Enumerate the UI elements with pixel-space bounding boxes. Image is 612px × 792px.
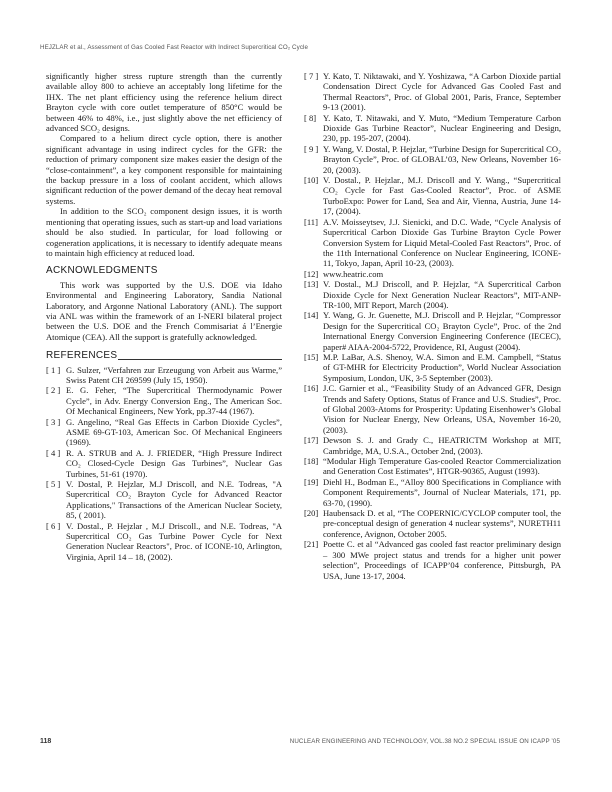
reference-number: [ 9 ] <box>304 144 323 175</box>
reference-text: V. Dostal., P. Hejzlar., M.J. Driscoll a… <box>323 175 561 217</box>
reference-number: [16] <box>304 383 323 435</box>
running-head: HEJZLAR et al., Assessment of Gas Cooled… <box>40 44 308 51</box>
reference-text: Dewson S. J. and Grady C., HEATRICTM Wor… <box>323 435 561 456</box>
references-heading-row: REFERENCES <box>46 351 282 361</box>
reference-link[interactable]: www.heatric.com <box>323 269 561 279</box>
reference-text: R. A. STRUB and A. J. FRIEDER, “High Pre… <box>66 448 282 479</box>
body-paragraph: Compared to a helium direct cycle option… <box>46 133 282 206</box>
left-column: significantly higher stress rupture stre… <box>46 71 282 562</box>
acknowledgments-text: This work was supported by the U.S. DOE … <box>46 280 282 342</box>
reference-item: [21]Poette C. et al “Advanced gas cooled… <box>304 539 561 581</box>
reference-text: G. Angelino, “Real Gas Effects in Carbon… <box>66 417 282 448</box>
reference-number: [ 1 ] <box>46 365 66 386</box>
heading-rule <box>118 359 282 360</box>
reference-item: [16]J.C. Garnier et al., “Feasibility St… <box>304 383 561 435</box>
reference-text: M.P. LaBar, A.S. Shenoy, W.A. Simon and … <box>323 352 561 383</box>
reference-item: [ 4 ]R. A. STRUB and A. J. FRIEDER, “Hig… <box>46 448 282 479</box>
reference-number: [11] <box>304 217 323 269</box>
reference-item: [ 7 ]Y. Kato, T. Niktawaki, and Y. Yoshi… <box>304 71 561 113</box>
body-paragraph: significantly higher stress rupture stre… <box>46 71 282 133</box>
reference-text: J.C. Garnier et al., “Feasibility Study … <box>323 383 561 435</box>
reference-number: [21] <box>304 539 323 581</box>
reference-number: [14] <box>304 310 323 352</box>
right-column: [ 7 ]Y. Kato, T. Niktawaki, and Y. Yoshi… <box>304 71 561 581</box>
reference-text: V. Dostal., P. Hejzlar , M.J Driscoll., … <box>66 521 282 563</box>
reference-item: [ 5 ]V. Dostal, P. Hejzlar, M.J Driscoll… <box>46 479 282 521</box>
reference-item: [10]V. Dostal., P. Hejzlar., M.J. Drisco… <box>304 175 561 217</box>
reference-text: G. Sulzer, “Verfahren zur Erzeugung von … <box>66 365 282 386</box>
reference-number: [18] <box>304 456 323 477</box>
reference-item: [ 3 ]G. Angelino, “Real Gas Effects in C… <box>46 417 282 448</box>
reference-item: [15]M.P. LaBar, A.S. Shenoy, W.A. Simon … <box>304 352 561 383</box>
reference-text: “Modular High Temperature Gas-cooled Rea… <box>323 456 561 477</box>
reference-number: [ 6 ] <box>46 521 66 563</box>
reference-text: V. Dostal., M.J Driscoll, and P. Hejzlar… <box>323 279 561 310</box>
reference-item: [ 2 ]E. G. Feher, “The Supercritical The… <box>46 385 282 416</box>
reference-number: [ 4 ] <box>46 448 66 479</box>
reference-text: Y. Wang, V. Dostal, P. Hejzlar, “Turbine… <box>323 144 561 175</box>
reference-item: [11]A.V. Moisseytsev, J.J. Sienicki, and… <box>304 217 561 269</box>
reference-item: [17]Dewson S. J. and Grady C., HEATRICTM… <box>304 435 561 456</box>
page-number: 118 <box>40 738 51 745</box>
reference-number: [ 3 ] <box>46 417 66 448</box>
reference-item: [ 8]Y. Kato, T. Nitawaki, and Y. Muto, “… <box>304 113 561 144</box>
journal-footer: NUCLEAR ENGINEERING AND TECHNOLOGY, VOL.… <box>290 738 560 745</box>
reference-item: [ 1 ]G. Sulzer, “Verfahren zur Erzeugung… <box>46 365 282 386</box>
reference-item: [18]“Modular High Temperature Gas-cooled… <box>304 456 561 477</box>
reference-item: [20]Haubensack D. et al, “The COPERNIC/C… <box>304 508 561 539</box>
acknowledgments-heading: ACKNOWLEDGMENTS <box>46 266 282 276</box>
reference-text: Diehl H., Bodman E., “Alloy 800 Specific… <box>323 477 561 508</box>
reference-text: Poette C. et al “Advanced gas cooled fas… <box>323 539 561 581</box>
reference-number: [10] <box>304 175 323 217</box>
reference-item: [19]Diehl H., Bodman E., “Alloy 800 Spec… <box>304 477 561 508</box>
reference-item: [13]V. Dostal., M.J Driscoll, and P. Hej… <box>304 279 561 310</box>
reference-number: [20] <box>304 508 323 539</box>
reference-number: [ 8] <box>304 113 323 144</box>
references-heading: REFERENCES <box>46 351 117 361</box>
reference-item: [12]www.heatric.com <box>304 269 561 279</box>
reference-text: V. Dostal, P. Hejzlar, M.J Driscoll, and… <box>66 479 282 521</box>
reference-item: [ 6 ]V. Dostal., P. Hejzlar , M.J Drisco… <box>46 521 282 563</box>
reference-text: Y. Wang, G. Jr. Guenette, M.J. Driscoll … <box>323 310 561 352</box>
reference-text: Haubensack D. et al, “The COPERNIC/CYCLO… <box>323 508 561 539</box>
reference-number: [15] <box>304 352 323 383</box>
reference-number: [12] <box>304 269 323 279</box>
body-paragraph: In addition to the SCO₂ component design… <box>46 206 282 258</box>
reference-number: [ 7 ] <box>304 71 323 113</box>
reference-number: [17] <box>304 435 323 456</box>
reference-item: [ 9 ]Y. Wang, V. Dostal, P. Hejzlar, “Tu… <box>304 144 561 175</box>
reference-number: [13] <box>304 279 323 310</box>
reference-item: [14]Y. Wang, G. Jr. Guenette, M.J. Drisc… <box>304 310 561 352</box>
reference-text: Y. Kato, T. Nitawaki, and Y. Muto, “Medi… <box>323 113 561 144</box>
reference-text: A.V. Moisseytsev, J.J. Sienicki, and D.C… <box>323 217 561 269</box>
reference-text: E. G. Feher, “The Supercritical Thermody… <box>66 385 282 416</box>
reference-text: Y. Kato, T. Niktawaki, and Y. Yoshizawa,… <box>323 71 561 113</box>
reference-number: [ 2 ] <box>46 385 66 416</box>
reference-number: [ 5 ] <box>46 479 66 521</box>
reference-number: [19] <box>304 477 323 508</box>
